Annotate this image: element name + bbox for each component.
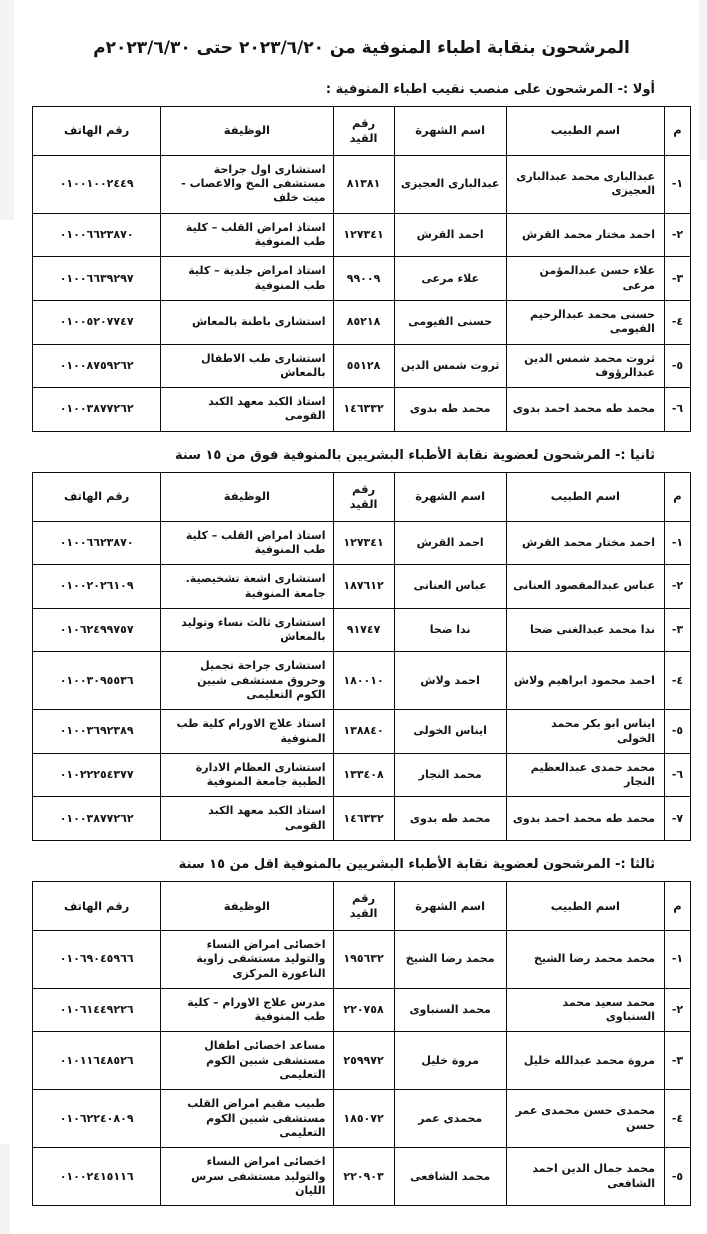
row-number: ١-	[664, 155, 690, 213]
column-header-job: الوظيفة	[161, 882, 333, 931]
registration-number-cell: ١٢٧٣٤١	[333, 213, 394, 257]
registration-number-cell: ٩١٧٤٧	[333, 608, 394, 652]
job-title-cell: استشارى اول جراحة مستشفى المخ والاعصاب -…	[161, 155, 333, 213]
column-header-doctor-name: اسم الطبيب	[506, 472, 664, 521]
table-members-over-15: م اسم الطبيب اسم الشهرة رقم القيد الوظيف…	[32, 472, 691, 841]
column-header-doctor-name: اسم الطبيب	[506, 882, 664, 931]
table-row: ١-محمد محمد رضا الشيخمحمد رضا الشيخ١٩٥٦٣…	[33, 930, 691, 988]
table-row: ٥-محمد جمال الدين احمد الشافعىمحمد الشاف…	[33, 1148, 691, 1206]
phone-number-cell: ٠١٠٠١٠٠٢٤٤٩	[33, 155, 161, 213]
job-title-cell: استاذ الكبد معهد الكبد القومى	[161, 388, 333, 432]
row-number: ١-	[664, 521, 690, 565]
fame-name-cell: احمد ولاش	[394, 652, 506, 710]
table-president-candidates: م اسم الطبيب اسم الشهرة رقم القيد الوظيف…	[32, 106, 691, 432]
doctor-name-cell: محمد جمال الدين احمد الشافعى	[506, 1148, 664, 1206]
job-title-cell: مدرس علاج الاورام – كلية طب المنوفية	[161, 988, 333, 1032]
doctor-name-cell: احمد محمود ابراهيم ولاش	[506, 652, 664, 710]
job-title-cell: استشارى جراحة تجميل وحروق مستشفى شبين ال…	[161, 652, 333, 710]
row-number: ٦-	[664, 753, 690, 797]
table-row: ٦-محمد حمدى عبدالعظيم النجارمحمد النجار١…	[33, 753, 691, 797]
phone-number-cell: ٠١٠٠٦٦٢٣٨٧٠	[33, 521, 161, 565]
column-header-job: الوظيفة	[161, 107, 333, 156]
table-row: ١-احمد مختار محمد القرشاحمد القرش١٢٧٣٤١ا…	[33, 521, 691, 565]
table-row: ٢-احمد مختار محمد القرشاحمد القرش١٢٧٣٤١ا…	[33, 213, 691, 257]
registration-number-cell: ١٨٥٠٧٢	[333, 1090, 394, 1148]
column-header-fame-name: اسم الشهرة	[394, 472, 506, 521]
doctor-name-cell: عباس عبدالمقصود العنانى	[506, 565, 664, 609]
column-header-number: م	[664, 472, 690, 521]
table-row: ٤-احمد محمود ابراهيم ولاشاحمد ولاش١٨٠٠١٠…	[33, 652, 691, 710]
row-number: ٦-	[664, 388, 690, 432]
doctor-name-cell: محمد طه محمد احمد بدوى	[506, 797, 664, 841]
job-title-cell: اخصائى امراض النساء والتوليد مستشفى زاوي…	[161, 930, 333, 988]
phone-number-cell: ٠١٠٠٢٠٢٦١٠٩	[33, 565, 161, 609]
table-row: ٤-محمدى حسن محمدى عمر حسنمحمدى عمر١٨٥٠٧٢…	[33, 1090, 691, 1148]
scanned-document-page: المرشحون بنقابة اطباء المنوفية من ٢٠٢٣/٦…	[0, 0, 707, 1234]
scan-artifact	[0, 0, 14, 220]
job-title-cell: استشارى ثالث نساء وتوليد بالمعاش	[161, 608, 333, 652]
doctor-name-cell: محمد سعيد محمد السنباوى	[506, 988, 664, 1032]
doctor-name-cell: محمد طه محمد احمد بدوى	[506, 388, 664, 432]
job-title-cell: استشارى باطنة بالمعاش	[161, 300, 333, 344]
table-header-row: م اسم الطبيب اسم الشهرة رقم القيد الوظيف…	[33, 472, 691, 521]
job-title-cell: استاذ الكبد معهد الكبد القومى	[161, 797, 333, 841]
table-row: ٢-عباس عبدالمقصود العنانىعباس العنانى١٨٧…	[33, 565, 691, 609]
table-row: ٣-ندا محمد عبدالغنى ضحاندا ضحا٩١٧٤٧استشا…	[33, 608, 691, 652]
row-number: ٥-	[664, 344, 690, 388]
fame-name-cell: ندا ضحا	[394, 608, 506, 652]
fame-name-cell: محمد طه بدوى	[394, 388, 506, 432]
row-number: ٤-	[664, 1090, 690, 1148]
row-number: ٤-	[664, 300, 690, 344]
column-header-doctor-name: اسم الطبيب	[506, 107, 664, 156]
fame-name-cell: محمد النجار	[394, 753, 506, 797]
table-row: ٣-مروة محمد عبدالله خليلمروة خليل٢٥٩٩٧٢م…	[33, 1032, 691, 1090]
table-row: ٣-علاء حسن عبدالمؤمن مرعىعلاء مرعى٩٩٠٠٩ا…	[33, 257, 691, 301]
phone-number-cell: ٠١٠٠٨٧٥٩٢٦٢	[33, 344, 161, 388]
table-row: ٦-محمد طه محمد احمد بدوىمحمد طه بدوى١٤٦٣…	[33, 388, 691, 432]
registration-number-cell: ١٣٣٤٠٨	[333, 753, 394, 797]
phone-number-cell: ٠١٠٠٥٢٠٧٧٤٧	[33, 300, 161, 344]
registration-number-cell: ٩٩٠٠٩	[333, 257, 394, 301]
registration-number-cell: ٥٥١٢٨	[333, 344, 394, 388]
doctor-name-cell: محمدى حسن محمدى عمر حسن	[506, 1090, 664, 1148]
table-header-row: م اسم الطبيب اسم الشهرة رقم القيد الوظيف…	[33, 107, 691, 156]
fame-name-cell: احمد القرش	[394, 213, 506, 257]
column-header-phone: رقم الهاتف	[33, 882, 161, 931]
job-title-cell: استاذ امراض جلدية – كلية طب المنوفية	[161, 257, 333, 301]
job-title-cell: طبيب مقيم امراض القلب مستشفى شبين الكوم …	[161, 1090, 333, 1148]
fame-name-cell: محمدى عمر	[394, 1090, 506, 1148]
registration-number-cell: ١٩٥٦٣٢	[333, 930, 394, 988]
section-heading: ثانيا :- المرشحون لعضوية نقابة الأطباء ا…	[32, 448, 655, 463]
fame-name-cell: ثروت شمس الدين	[394, 344, 506, 388]
job-title-cell: اخصائى امراض النساء والتوليد مستشفى سرس …	[161, 1148, 333, 1206]
table-row: ٥-ثروت محمد شمس الدين عبدالرؤوفثروت شمس …	[33, 344, 691, 388]
fame-name-cell: عباس العنانى	[394, 565, 506, 609]
doctor-name-cell: ثروت محمد شمس الدين عبدالرؤوف	[506, 344, 664, 388]
fame-name-cell: حسنى الفيومى	[394, 300, 506, 344]
doctor-name-cell: علاء حسن عبدالمؤمن مرعى	[506, 257, 664, 301]
job-title-cell: استشارى طب الاطفال بالمعاش	[161, 344, 333, 388]
registration-number-cell: ٢٢٠٧٥٨	[333, 988, 394, 1032]
fame-name-cell: مروة خليل	[394, 1032, 506, 1090]
column-header-phone: رقم الهاتف	[33, 107, 161, 156]
scan-artifact	[699, 0, 707, 160]
registration-number-cell: ١٨٠٠١٠	[333, 652, 394, 710]
column-header-fame-name: اسم الشهرة	[394, 107, 506, 156]
fame-name-cell: محمد الشافعى	[394, 1148, 506, 1206]
registration-number-cell: ٢٥٩٩٧٢	[333, 1032, 394, 1090]
phone-number-cell: ٠١٠٦٩٠٤٥٩٦٦	[33, 930, 161, 988]
phone-number-cell: ٠١٠٠٣٨٧٧٢٦٢	[33, 797, 161, 841]
registration-number-cell: ١٢٧٣٤١	[333, 521, 394, 565]
table-row: ٢-محمد سعيد محمد السنباوىمحمد السنباوى٢٢…	[33, 988, 691, 1032]
job-title-cell: استشارى اشعة تشخيصية. جامعة المنوفية	[161, 565, 333, 609]
row-number: ٤-	[664, 652, 690, 710]
section-president-candidates: أولا :- المرشحون على منصب نقيب اطباء الم…	[32, 82, 691, 432]
doctor-name-cell: محمد حمدى عبدالعظيم النجار	[506, 753, 664, 797]
doctor-name-cell: ندا محمد عبدالغنى ضحا	[506, 608, 664, 652]
fame-name-cell: علاء مرعى	[394, 257, 506, 301]
fame-name-cell: عبدالبارى العجيزى	[394, 155, 506, 213]
doctor-name-cell: عبدالبارى محمد عبدالبارى العجيزى	[506, 155, 664, 213]
doctor-name-cell: احمد مختار محمد القرش	[506, 521, 664, 565]
registration-number-cell: ١٨٧٦١٢	[333, 565, 394, 609]
column-header-number: م	[664, 882, 690, 931]
section-members-under-15: ثالثا :- المرشحون لعضوية نقابة الأطباء ا…	[32, 857, 691, 1206]
phone-number-cell: ٠١٠٠٣٨٧٧٢٦٢	[33, 388, 161, 432]
job-title-cell: مساعد اخصائى اطفال مستشفى شبين الكوم الت…	[161, 1032, 333, 1090]
column-header-registration: رقم القيد	[333, 882, 394, 931]
section-heading: ثالثا :- المرشحون لعضوية نقابة الأطباء ا…	[32, 857, 655, 872]
job-title-cell: استشارى العظام الادارة الطبية جامعة المن…	[161, 753, 333, 797]
column-header-phone: رقم الهاتف	[33, 472, 161, 521]
scan-artifact	[0, 1144, 10, 1234]
column-header-fame-name: اسم الشهرة	[394, 882, 506, 931]
fame-name-cell: ايناس الخولى	[394, 710, 506, 754]
phone-number-cell: ٠١٠١١٦٤٨٥٢٦	[33, 1032, 161, 1090]
table-members-under-15: م اسم الطبيب اسم الشهرة رقم القيد الوظيف…	[32, 881, 691, 1206]
row-number: ٢-	[664, 565, 690, 609]
row-number: ٥-	[664, 710, 690, 754]
phone-number-cell: ٠١٠٠٦٦٢٣٨٧٠	[33, 213, 161, 257]
doctor-name-cell: مروة محمد عبدالله خليل	[506, 1032, 664, 1090]
phone-number-cell: ٠١٠٠٣٦٩٢٣٨٩	[33, 710, 161, 754]
row-number: ٣-	[664, 1032, 690, 1090]
registration-number-cell: ٢٢٠٩٠٣	[333, 1148, 394, 1206]
row-number: ٣-	[664, 257, 690, 301]
table-row: ١-عبدالبارى محمد عبدالبارى العجيزىعبدالب…	[33, 155, 691, 213]
row-number: ٥-	[664, 1148, 690, 1206]
phone-number-cell: ٠١٠٠٢٤١٥١١٦	[33, 1148, 161, 1206]
column-header-job: الوظيفة	[161, 472, 333, 521]
column-header-registration: رقم القيد	[333, 107, 394, 156]
section-heading: أولا :- المرشحون على منصب نقيب اطباء الم…	[32, 82, 655, 97]
fame-name-cell: محمد طه بدوى	[394, 797, 506, 841]
fame-name-cell: محمد رضا الشيخ	[394, 930, 506, 988]
table-row: ٤-حسنى محمد عبدالرحيم الفيومىحسنى الفيوم…	[33, 300, 691, 344]
doctor-name-cell: احمد مختار محمد القرش	[506, 213, 664, 257]
doctor-name-cell: حسنى محمد عبدالرحيم الفيومى	[506, 300, 664, 344]
fame-name-cell: محمد السنباوى	[394, 988, 506, 1032]
row-number: ٢-	[664, 988, 690, 1032]
job-title-cell: استاذ امراض القلب – كلية طب المنوفية	[161, 521, 333, 565]
row-number: ٧-	[664, 797, 690, 841]
registration-number-cell: ١٣٨٨٤٠	[333, 710, 394, 754]
doctor-name-cell: محمد محمد رضا الشيخ	[506, 930, 664, 988]
table-row: ٥-ايناس ابو بكر محمد الخولىايناس الخولى١…	[33, 710, 691, 754]
column-header-registration: رقم القيد	[333, 472, 394, 521]
table-row: ٧-محمد طه محمد احمد بدوىمحمد طه بدوى١٤٦٣…	[33, 797, 691, 841]
section-members-over-15: ثانيا :- المرشحون لعضوية نقابة الأطباء ا…	[32, 448, 691, 841]
job-title-cell: استاذ امراض القلب – كلية طب المنوفية	[161, 213, 333, 257]
phone-number-cell: ٠١٠٠٦٦٣٩٢٩٧	[33, 257, 161, 301]
registration-number-cell: ١٤٦٣٣٢	[333, 388, 394, 432]
doctor-name-cell: ايناس ابو بكر محمد الخولى	[506, 710, 664, 754]
registration-number-cell: ١٤٦٣٣٢	[333, 797, 394, 841]
fame-name-cell: احمد القرش	[394, 521, 506, 565]
row-number: ١-	[664, 930, 690, 988]
phone-number-cell: ٠١٠٢٢٢٥٤٣٧٧	[33, 753, 161, 797]
phone-number-cell: ٠١٠٦١٤٤٩٢٢٦	[33, 988, 161, 1032]
registration-number-cell: ٨٥٢١٨	[333, 300, 394, 344]
job-title-cell: استاذ علاج الاورام كلية طب المنوفية	[161, 710, 333, 754]
table-header-row: م اسم الطبيب اسم الشهرة رقم القيد الوظيف…	[33, 882, 691, 931]
page-title: المرشحون بنقابة اطباء المنوفية من ٢٠٢٣/٦…	[32, 38, 691, 58]
column-header-number: م	[664, 107, 690, 156]
phone-number-cell: ٠١٠٦٢٢٤٠٨٠٩	[33, 1090, 161, 1148]
registration-number-cell: ٨١٣٨١	[333, 155, 394, 213]
row-number: ٣-	[664, 608, 690, 652]
row-number: ٢-	[664, 213, 690, 257]
phone-number-cell: ٠١٠٦٢٤٩٩٧٥٧	[33, 608, 161, 652]
phone-number-cell: ٠١٠٠٣٠٩٥٥٣٦	[33, 652, 161, 710]
